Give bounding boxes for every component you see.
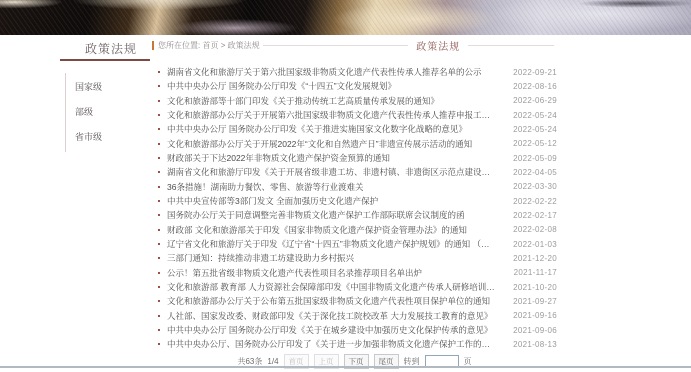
sidebar-title: 政策法规	[85, 40, 137, 57]
bullet-icon	[158, 186, 160, 188]
news-title-link[interactable]: 文化和旅游部 教育部 人力资源社会保障部印发《中国非物质文化遗产传承人研修培训计…	[167, 281, 497, 293]
news-row: 文化和旅游部 教育部 人力资源社会保障部印发《中国非物质文化遗产传承人研修培训计…	[152, 280, 557, 294]
news-row: 中共中央办公厅 国务院办公厅印发《关于在城乡建设中加强历史文化保护传承的意见》 …	[152, 323, 557, 337]
news-row: 文化和旅游部办公厅关于开展第六批国家级非物质文化遗产代表性传承人推荐申报工作的通…	[152, 108, 557, 122]
sidebar-item-provincial[interactable]: 省市级	[75, 125, 150, 150]
news-row: 三部门通知：持续推动非遗工坊建设助力乡村振兴 2021-12-20	[152, 251, 557, 265]
news-date: 2021-12-20	[513, 254, 557, 263]
news-date: 2022-02-22	[513, 197, 557, 206]
news-date: 2022-08-16	[513, 82, 557, 91]
news-date: 2022-05-12	[513, 139, 557, 148]
news-date: 2022-01-03	[513, 240, 557, 249]
news-title-link[interactable]: 文化和旅游部办公厅关于开展2022年“文化和自然遗产日”非遗宣传展示活动的通知	[167, 138, 472, 150]
news-row: 中共中央办公厅 国务院办公厅印发《关于推进实施国家文化数字化战略的意见》 202…	[152, 122, 557, 136]
news-title-link[interactable]: 中共中央办公厅、国务院办公厅印发了《关于进一步加强非物质文化遗产保护工作的意见》	[167, 338, 497, 350]
breadcrumb-prefix: 您所在位置:	[158, 41, 200, 50]
news-title-link[interactable]: 湖南省文化和旅游厅印发《关于开展省级非遗工坊、非遗村镇、非遗街区示范点建设工作的…	[167, 166, 497, 178]
goto-unit-label: 页	[464, 356, 472, 367]
goto-label: 转到	[404, 356, 420, 367]
news-row: 辽宁省文化和旅游厅关于印发《辽宁省“十四五”非物质文化遗产保护规划》的通知 （辽…	[152, 237, 557, 251]
news-title-link[interactable]: 财政部关于下达2022年非物质文化遗产保护资金预算的通知	[167, 152, 390, 164]
news-title-link[interactable]: 国务院办公厅关于同意调整完善非物质文化遗产保护工作部际联席会议制度的函	[167, 209, 465, 221]
news-date: 2021-08-13	[513, 340, 557, 349]
sidebar-item-ministry[interactable]: 部级	[75, 100, 150, 125]
news-row: 湖南省文化和旅游厅印发《关于开展省级非遗工坊、非遗村镇、非遗街区示范点建设工作的…	[152, 165, 557, 179]
news-row: 文化和旅游部办公厅关于开展2022年“文化和自然遗产日”非遗宣传展示活动的通知 …	[152, 137, 557, 151]
news-title-link[interactable]: 中共中央办公厅 国务院办公厅印发《关于推进实施国家文化数字化战略的意见》	[167, 123, 467, 135]
news-date: 2021-09-06	[513, 326, 557, 335]
section-title: 政策法规	[416, 38, 460, 53]
news-date: 2022-05-24	[513, 125, 557, 134]
bullet-icon	[158, 229, 160, 231]
news-title-link[interactable]: 辽宁省文化和旅游厅关于印发《辽宁省“十四五”非物质文化遗产保护规划》的通知 （辽…	[167, 238, 497, 250]
sidebar-list: 国家级 部级 省市级	[65, 73, 150, 152]
bullet-icon	[158, 286, 160, 288]
bullet-icon	[158, 315, 160, 317]
news-date: 2021-09-16	[513, 311, 557, 320]
bullet-icon	[158, 157, 160, 159]
divider-line-right	[468, 45, 554, 46]
news-row: 湖南省文化和旅游厅关于第六批国家级非物质文化遗产代表性传承人推荐名单的公示 20…	[152, 65, 557, 79]
main-content: 您所在位置: 首页 > 政策法规 政策法规 湖南省文化和旅游厅关于第六批国家级非…	[152, 38, 557, 369]
breadcrumb-home-link[interactable]: 首页	[202, 41, 218, 50]
news-title-link[interactable]: 文化和旅游部办公厅关于开展第六批国家级非物质文化遗产代表性传承人推荐申报工作的通…	[167, 109, 497, 121]
news-date: 2022-02-17	[513, 211, 557, 220]
news-date: 2021-11-17	[514, 268, 557, 277]
news-title-link[interactable]: 中共中央办公厅 国务院办公厅印发《关于在城乡建设中加强历史文化保护传承的意见》	[167, 324, 492, 336]
header-row: 您所在位置: 首页 > 政策法规 政策法规	[152, 38, 557, 53]
bullet-icon	[158, 257, 160, 259]
news-list: 湖南省文化和旅游厅关于第六批国家级非物质文化遗产代表性传承人推荐名单的公示 20…	[152, 65, 557, 352]
news-row: 公示！第五批省级非物质文化遗产代表性项目名录推荐项目名单出炉 2021-11-1…	[152, 266, 557, 280]
sidebar-item-national[interactable]: 国家级	[75, 75, 150, 100]
bullet-icon	[158, 243, 160, 245]
bullet-icon	[158, 272, 160, 274]
news-title-link[interactable]: 公示！第五批省级非物质文化遗产代表性项目名录推荐项目名单出炉	[167, 267, 422, 279]
pagination-page-indicator: 1/4	[267, 357, 278, 366]
bullet-icon	[158, 214, 160, 216]
bullet-icon	[158, 171, 160, 173]
bullet-icon	[158, 329, 160, 331]
divider-line-left	[263, 45, 409, 46]
news-row: 中共中央办公厅 国务院办公厅印发《“十四五”文化发展规划》 2022-08-16	[152, 79, 557, 93]
news-date: 2022-04-05	[513, 168, 557, 177]
news-title-link[interactable]: 人社部、国家发改委、财政部印发《关于深化技工院校改革 大力发展技工教育的意见》	[167, 310, 492, 322]
pagination-total: 共63条	[237, 356, 262, 367]
breadcrumb: 您所在位置: 首页 > 政策法规	[158, 40, 260, 51]
news-row: 人社部、国家发改委、财政部印发《关于深化技工院校改革 大力发展技工教育的意见》 …	[152, 309, 557, 323]
bullet-icon	[158, 114, 160, 116]
bullet-icon	[158, 128, 160, 130]
bullet-icon	[158, 85, 160, 87]
news-row: 财政部 文化和旅游部关于印发《国家非物质文化遗产保护资金管理办法》的通知 202…	[152, 223, 557, 237]
news-row: 36条措施！湖南助力餐饮、零售、旅游等行业渡难关 2022-03-30	[152, 180, 557, 194]
news-row: 中共中央办公厅、国务院办公厅印发了《关于进一步加强非物质文化遗产保护工作的意见》…	[152, 337, 557, 351]
news-date: 2021-09-27	[513, 297, 557, 306]
news-row: 文化和旅游部办公厅关于公布第五批国家级非物质文化遗产代表性项目保护单位的通知 2…	[152, 294, 557, 308]
news-row: 文化和旅游部等十部门印发《关于推动传统工艺高质量传承发展的通知》 2022-06…	[152, 94, 557, 108]
breadcrumb-separator: >	[221, 41, 226, 50]
news-row: 中共中央宣传部等3部门发文 全面加强历史文化遗产保护 2022-02-22	[152, 194, 557, 208]
news-row: 国务院办公厅关于同意调整完善非物质文化遗产保护工作部际联席会议制度的函 2022…	[152, 208, 557, 222]
news-date: 2022-06-29	[513, 96, 557, 105]
bullet-icon	[158, 100, 160, 102]
news-title-link[interactable]: 文化和旅游部办公厅关于公布第五批国家级非物质文化遗产代表性项目保护单位的通知	[167, 295, 490, 307]
news-row: 财政部关于下达2022年非物质文化遗产保护资金预算的通知 2022-05-09	[152, 151, 557, 165]
bullet-icon	[158, 143, 160, 145]
news-title-link[interactable]: 中共中央办公厅 国务院办公厅印发《“十四五”文化发展规划》	[167, 80, 396, 92]
bullet-icon	[158, 343, 160, 345]
news-title-link[interactable]: 湖南省文化和旅游厅关于第六批国家级非物质文化遗产代表性传承人推荐名单的公示	[167, 66, 482, 78]
news-date: 2021-10-20	[513, 283, 557, 292]
news-date: 2022-09-21	[513, 68, 557, 77]
bullet-icon	[158, 300, 160, 302]
footer-divider	[0, 366, 691, 368]
news-date: 2022-03-30	[513, 182, 557, 191]
sidebar: 国家级 部级 省市级	[60, 59, 150, 152]
news-title-link[interactable]: 文化和旅游部等十部门印发《关于推动传统工艺高质量传承发展的通知》	[167, 95, 439, 107]
news-date: 2022-02-08	[513, 225, 557, 234]
bullet-icon	[158, 71, 160, 73]
bullet-icon	[158, 200, 160, 202]
news-title-link[interactable]: 财政部 文化和旅游部关于印发《国家非物质文化遗产保护资金管理办法》的通知	[167, 224, 467, 236]
banner-image	[0, 0, 691, 35]
news-title-link[interactable]: 36条措施！湖南助力餐饮、零售、旅游等行业渡难关	[167, 181, 363, 193]
breadcrumb-marker-icon	[152, 41, 154, 50]
breadcrumb-current: 政策法规	[228, 41, 260, 50]
news-date: 2022-05-24	[513, 111, 557, 120]
news-title-link[interactable]: 三部门通知：持续推动非遗工坊建设助力乡村振兴	[167, 252, 354, 264]
news-title-link[interactable]: 中共中央宣传部等3部门发文 全面加强历史文化遗产保护	[167, 195, 378, 207]
news-date: 2022-05-09	[513, 154, 557, 163]
page: 政策法规 国家级 部级 省市级 您所在位置: 首页 > 政策法规 政策法规 湖南…	[0, 0, 691, 372]
